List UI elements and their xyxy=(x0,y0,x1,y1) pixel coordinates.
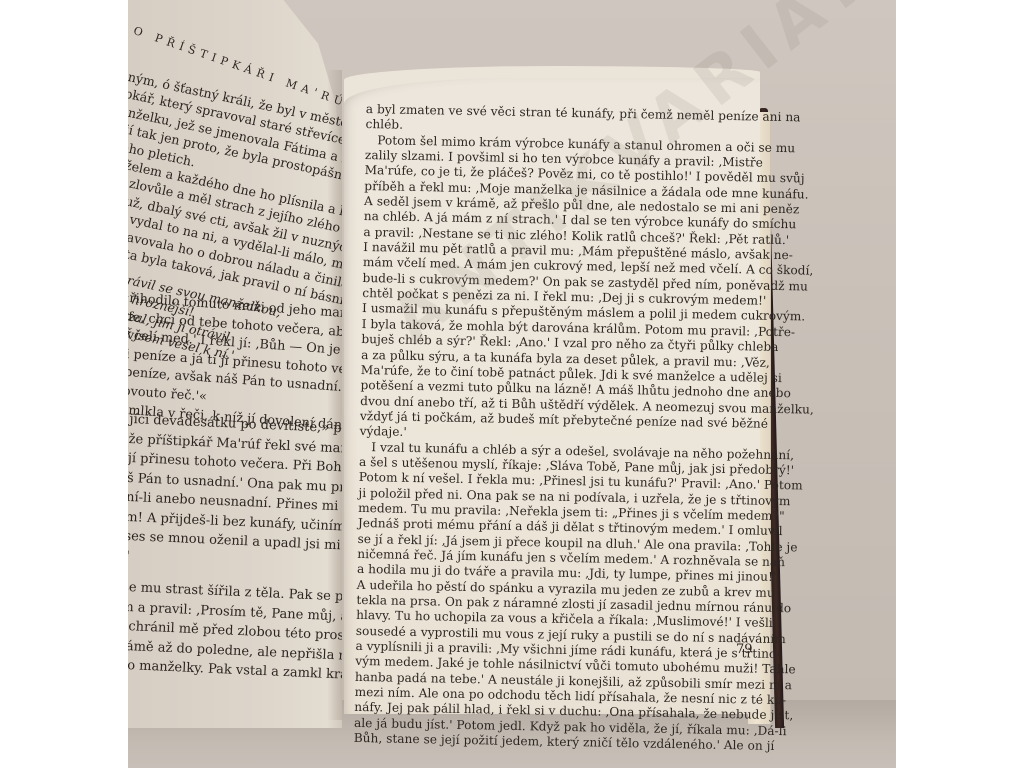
page-number: 79 xyxy=(736,642,753,657)
right-page-text: a byl zmaten ve své věci stran té kunáfy… xyxy=(354,102,748,754)
book-photo: a byl zmaten ve své věci stran té kunáfy… xyxy=(128,0,896,768)
left-page-clip: O PŘÍŠTIPKÁŘI MA'RÚFOVI ným, ó šťastný k… xyxy=(128,0,342,728)
left-page-lower-text: jící devadesátku po devítisté,» pravila:… xyxy=(128,410,342,686)
